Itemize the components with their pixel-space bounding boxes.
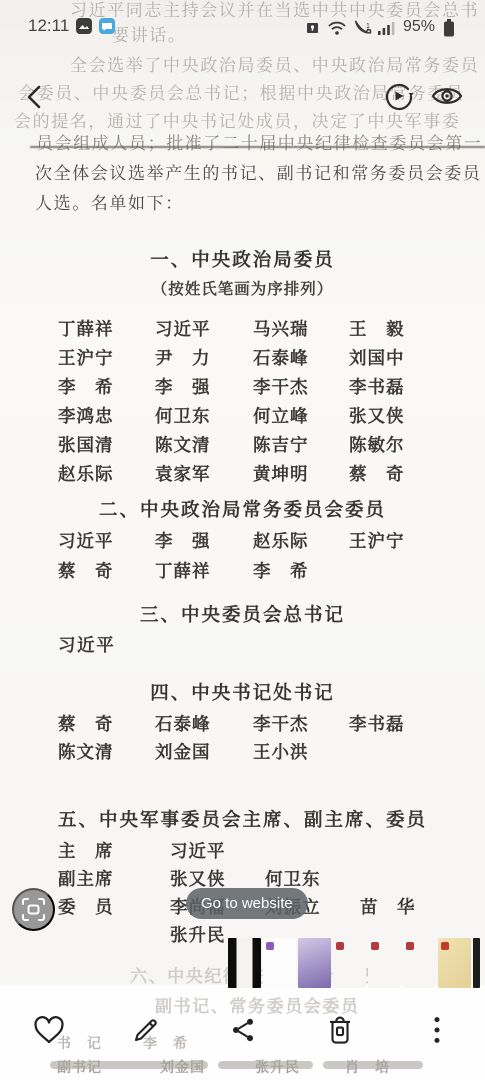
thumbnail[interactable] — [368, 938, 401, 988]
thumbnail-accent — [336, 942, 344, 950]
show-details-button[interactable] — [430, 82, 464, 110]
lock-badge-icon — [306, 20, 319, 36]
person-name: 黄坤明 — [253, 460, 349, 489]
favorite-button[interactable] — [0, 1002, 97, 1058]
person-name: 李书磊 — [349, 710, 405, 738]
person-name: 袁家军 — [155, 460, 253, 489]
section1-names: 丁薛祥习近平马兴瑞王 毅王沪宁尹 力石泰峰刘国中李 希李 强李干杰李书磊李鸿忠何… — [58, 315, 405, 489]
thumbnail[interactable] — [263, 938, 296, 988]
section1-title: 一、中央政治局委员 — [0, 246, 485, 272]
thumbnail-accent — [266, 942, 274, 950]
person-name: 石泰峰 — [155, 710, 253, 738]
share-button[interactable] — [194, 1002, 291, 1058]
back-button[interactable] — [22, 82, 48, 112]
go-to-website-label: Go to website — [201, 895, 293, 912]
role-label: 主 席 — [58, 838, 170, 863]
heart-icon — [33, 1015, 65, 1045]
edit-button[interactable] — [97, 1002, 194, 1058]
person-name: 习近平 — [58, 526, 155, 556]
thumbnail-accent — [371, 942, 379, 950]
motion-photo-icon — [382, 80, 414, 112]
person-name: 李书磊 — [349, 373, 405, 402]
vision-scan-button[interactable] — [12, 888, 55, 931]
section4-title: 四、中央书记处书记 — [0, 679, 485, 705]
person-name: 李 强 — [155, 526, 253, 556]
bottom-action-bar — [0, 1002, 485, 1058]
person-name: 刘国中 — [349, 344, 405, 373]
back-chevron-icon — [22, 82, 48, 112]
status-time: 12:11 — [28, 16, 69, 36]
person-name: 陈敏尔 — [349, 431, 405, 460]
battery-icon — [443, 19, 455, 37]
thumbnail[interactable] — [228, 938, 261, 988]
faded-fragment: 肖 培 — [345, 1057, 390, 1077]
person-name: 王沪宁 — [349, 526, 405, 556]
go-to-website-button[interactable]: Go to website — [186, 888, 308, 919]
thumbnail[interactable] — [473, 938, 480, 988]
person-name: 赵乐际 — [58, 460, 155, 489]
thumbnail[interactable] — [403, 938, 436, 988]
doc-faded-line: 员会组成人员；批准了二十届中央纪律检查委员会第一 — [36, 129, 482, 154]
person-name: 王 毅 — [349, 315, 405, 344]
person-name: 李 强 — [155, 373, 253, 402]
person-name: 陈吉宁 — [253, 431, 349, 460]
doc-intro-line: 次全体会议选举产生的书记、副书记和常务委员会委员 — [35, 159, 481, 184]
motion-photo-button[interactable] — [382, 80, 414, 112]
person-name: 张又侠 — [349, 402, 405, 431]
section5-title: 五、中央军事委员会主席、副主席、委员 — [0, 806, 485, 832]
doc-intro-line: 人选。名单如下： — [35, 189, 184, 214]
thumbnail[interactable] — [298, 938, 331, 988]
role-label — [58, 922, 170, 947]
doc-faded-line: 要讲话。 — [112, 21, 186, 46]
person-name: 李干杰 — [253, 710, 349, 738]
gallery-photo-viewer: 习近平同志主持会议并在当选中共中央委员会总书 要讲话。 全会选举了中央政治局委员… — [0, 0, 485, 1080]
thumbnail-accent — [441, 942, 449, 950]
eye-icon — [430, 82, 464, 110]
role-label: 委 员 — [58, 894, 170, 919]
phone-status-icon: 1 — [353, 20, 372, 36]
thumbnail[interactable] — [333, 938, 366, 988]
pencil-icon — [131, 1015, 161, 1045]
person-name: 马兴瑞 — [253, 315, 349, 344]
section5-row-chairman: 主 席 习近平 — [58, 838, 265, 863]
person-name: 尹 力 — [155, 344, 253, 373]
person-name: 李鸿忠 — [58, 402, 155, 431]
svg-text:1: 1 — [366, 23, 370, 30]
section4-names: 蔡 奇石泰峰李干杰李书磊陈文清刘金国王小洪 — [58, 710, 405, 766]
person-name: 刘金国 — [155, 738, 253, 766]
faded-fragment: 刘金国 — [160, 1057, 205, 1077]
person-name: 张国清 — [58, 431, 155, 460]
faded-fragment: 张升民 — [255, 1057, 300, 1077]
person-name: 习近平 — [58, 632, 115, 657]
person-name: 李 希 — [58, 373, 155, 402]
trash-icon — [326, 1015, 354, 1045]
messenger-notification-icon — [99, 18, 115, 34]
person-name: 蔡 奇 — [58, 710, 155, 738]
person-name: 丁薛祥 — [58, 315, 155, 344]
section2-title: 二、中央政治局常务委员会委员 — [0, 496, 485, 522]
doc-faded-line: 全会选举了中央政治局委员、中央政治局常务委员 — [70, 51, 479, 76]
kebab-menu-icon — [432, 1015, 442, 1045]
person-name: 何立峰 — [253, 402, 349, 431]
person-name: 何卫东 — [155, 402, 253, 431]
share-icon — [229, 1016, 257, 1044]
thumbnail-strip — [228, 938, 480, 988]
person-name: 陈文清 — [155, 431, 253, 460]
person-name: 王小洪 — [253, 738, 349, 766]
section2-names: 习近平李 强赵乐际王沪宁蔡 奇丁薛祥李 希 — [58, 526, 405, 586]
person-name: 丁薛祥 — [155, 556, 253, 586]
person-name: 赵乐际 — [253, 526, 349, 556]
scan-frame-icon — [20, 896, 47, 923]
person-name: 李 希 — [253, 556, 349, 586]
person-name: 王沪宁 — [58, 344, 155, 373]
section1-subtitle: （按姓氏笔画为序排列） — [0, 277, 485, 299]
battery-percent: 95% — [403, 18, 435, 36]
delete-button[interactable] — [291, 1002, 388, 1058]
role-label: 副主席 — [58, 866, 170, 891]
section3-title: 三、中央委员会总书记 — [0, 601, 485, 627]
document-fold-line — [30, 146, 485, 148]
person-name: 石泰峰 — [253, 344, 349, 373]
thumbnail-accent — [406, 942, 414, 950]
person-name: 习近平 — [170, 838, 265, 863]
person-name: 蔡 奇 — [58, 556, 155, 586]
person-name: 习近平 — [155, 315, 253, 344]
image-notification-icon — [76, 18, 92, 34]
signal-bars-icon — [378, 21, 396, 35]
person-name: 蔡 奇 — [349, 460, 405, 489]
thumbnail[interactable] — [438, 938, 471, 988]
wifi-icon — [327, 20, 347, 36]
faded-fragment: 副书记 — [57, 1057, 102, 1077]
person-name: 陈文清 — [58, 738, 155, 766]
person-name: 苗 华 — [360, 894, 455, 919]
more-options-button[interactable] — [388, 1002, 485, 1058]
person-name: 李干杰 — [253, 373, 349, 402]
